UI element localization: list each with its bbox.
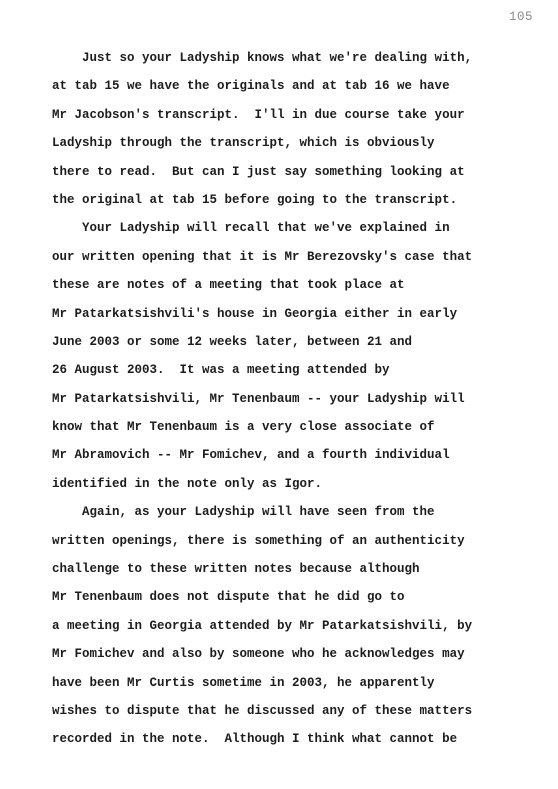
transcript-line: Just so your Ladyship knows what we're d…	[52, 44, 538, 72]
transcript-line: wishes to dispute that he discussed any …	[52, 697, 538, 725]
transcript-line: recorded in the note. Although I think w…	[52, 725, 538, 753]
transcript-line: Mr Patarkatsishvili, Mr Tenenbaum -- you…	[52, 385, 538, 413]
transcript-line: a meeting in Georgia attended by Mr Pata…	[52, 612, 538, 640]
transcript-line: Mr Fomichev and also by someone who he a…	[52, 640, 538, 668]
page-number: 105	[509, 10, 533, 24]
transcript-line: these are notes of a meeting that took p…	[52, 271, 538, 299]
transcript-line: Again, as your Ladyship will have seen f…	[52, 498, 538, 526]
transcript-line: Ladyship through the transcript, which i…	[52, 129, 538, 157]
transcript-line: Mr Abramovich -- Mr Fomichev, and a four…	[52, 441, 538, 469]
transcript-line: our written opening that it is Mr Berezo…	[52, 243, 538, 271]
transcript-line: know that Mr Tenenbaum is a very close a…	[52, 413, 538, 441]
transcript-line: at tab 15 we have the originals and at t…	[52, 72, 538, 100]
transcript-line: challenge to these written notes because…	[52, 555, 538, 583]
transcript-line: June 2003 or some 12 weeks later, betwee…	[52, 328, 538, 356]
transcript-line: Mr Patarkatsishvili's house in Georgia e…	[52, 300, 538, 328]
transcript-line: Mr Jacobson's transcript. I'll in due co…	[52, 101, 538, 129]
transcript-line: Your Ladyship will recall that we've exp…	[52, 214, 538, 242]
transcript-line: Mr Tenenbaum does not dispute that he di…	[52, 583, 538, 611]
transcript-text-block: Just so your Ladyship knows what we're d…	[52, 44, 538, 754]
transcript-line: have been Mr Curtis sometime in 2003, he…	[52, 669, 538, 697]
transcript-line: written openings, there is something of …	[52, 527, 538, 555]
transcript-page: 105 Just so your Ladyship knows what we'…	[0, 0, 558, 789]
transcript-line: there to read. But can I just say someth…	[52, 158, 538, 186]
transcript-line: 26 August 2003. It was a meeting attende…	[52, 356, 538, 384]
transcript-line: identified in the note only as Igor.	[52, 470, 538, 498]
transcript-line: the original at tab 15 before going to t…	[52, 186, 538, 214]
